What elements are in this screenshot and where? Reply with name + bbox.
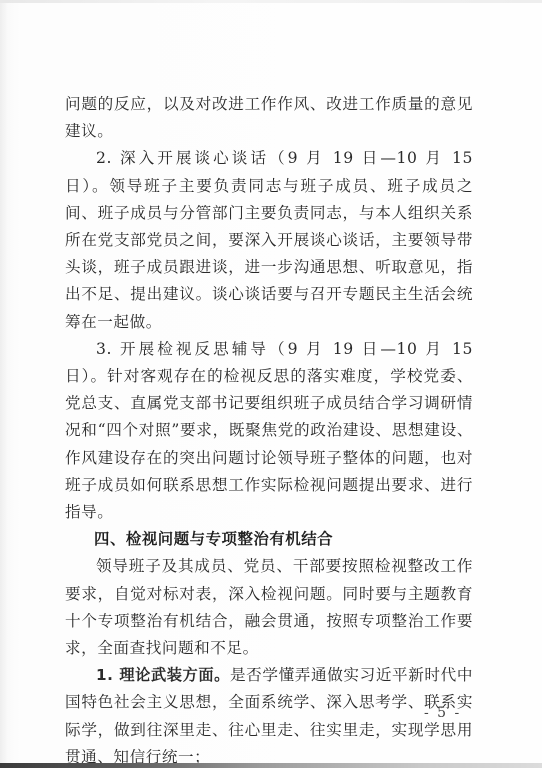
paragraph-item-3-review: 3. 开展检视反思辅导（9 月 19 日—10 月 15 日）。针对客观存在的检… xyxy=(65,336,473,526)
paragraph-lead-bold: 1. 理论武装方面。 xyxy=(96,666,230,684)
scan-bottom-edge xyxy=(0,763,542,768)
paragraph-continuation: 问题的反应，以及对改进工作作风、改进工作质量的意见建议。 xyxy=(65,91,473,145)
paragraph-item-2-talks: 2. 深入开展谈心谈话（9 月 19 日—10 月 15 日）。领导班子主要负责… xyxy=(65,145,473,335)
page-number: - 5 - xyxy=(424,705,461,721)
paragraph-text: 领导班子主要负责同志与班子成员、班子成员之间、班子成员与分管部门主要负责同志，与… xyxy=(65,177,473,331)
paragraph-item-1-theory: 1. 理论武装方面。是否学懂弄通做实习近平新时代中国特色社会主义思想，全面系统学… xyxy=(65,662,473,768)
paragraph-section-body: 领导班子及其成员、党员、干部要按照检视整改工作要求，自觉对标对表，深入检视问题。… xyxy=(65,553,473,662)
document-body: 问题的反应，以及对改进工作作风、改进工作质量的意见建议。 2. 深入开展谈心谈话… xyxy=(65,91,473,768)
paragraph-text: 领导班子及其成员、党员、干部要按照检视整改工作要求，自觉对标对表，深入检视问题。… xyxy=(65,557,473,657)
document-page: 问题的反应，以及对改进工作作风、改进工作质量的意见建议。 2. 深入开展谈心谈话… xyxy=(0,0,542,768)
paragraph-text: 针对客观存在的检视反思的落实难度，学校党委、党总支、直属党支部书记要组织班子成员… xyxy=(65,367,473,521)
scan-top-edge xyxy=(0,0,542,3)
section-heading: 四、检视问题与专项整治有机结合 xyxy=(65,526,473,553)
paragraph-text: 问题的反应，以及对改进工作作风、改进工作质量的意见建议。 xyxy=(65,95,473,140)
